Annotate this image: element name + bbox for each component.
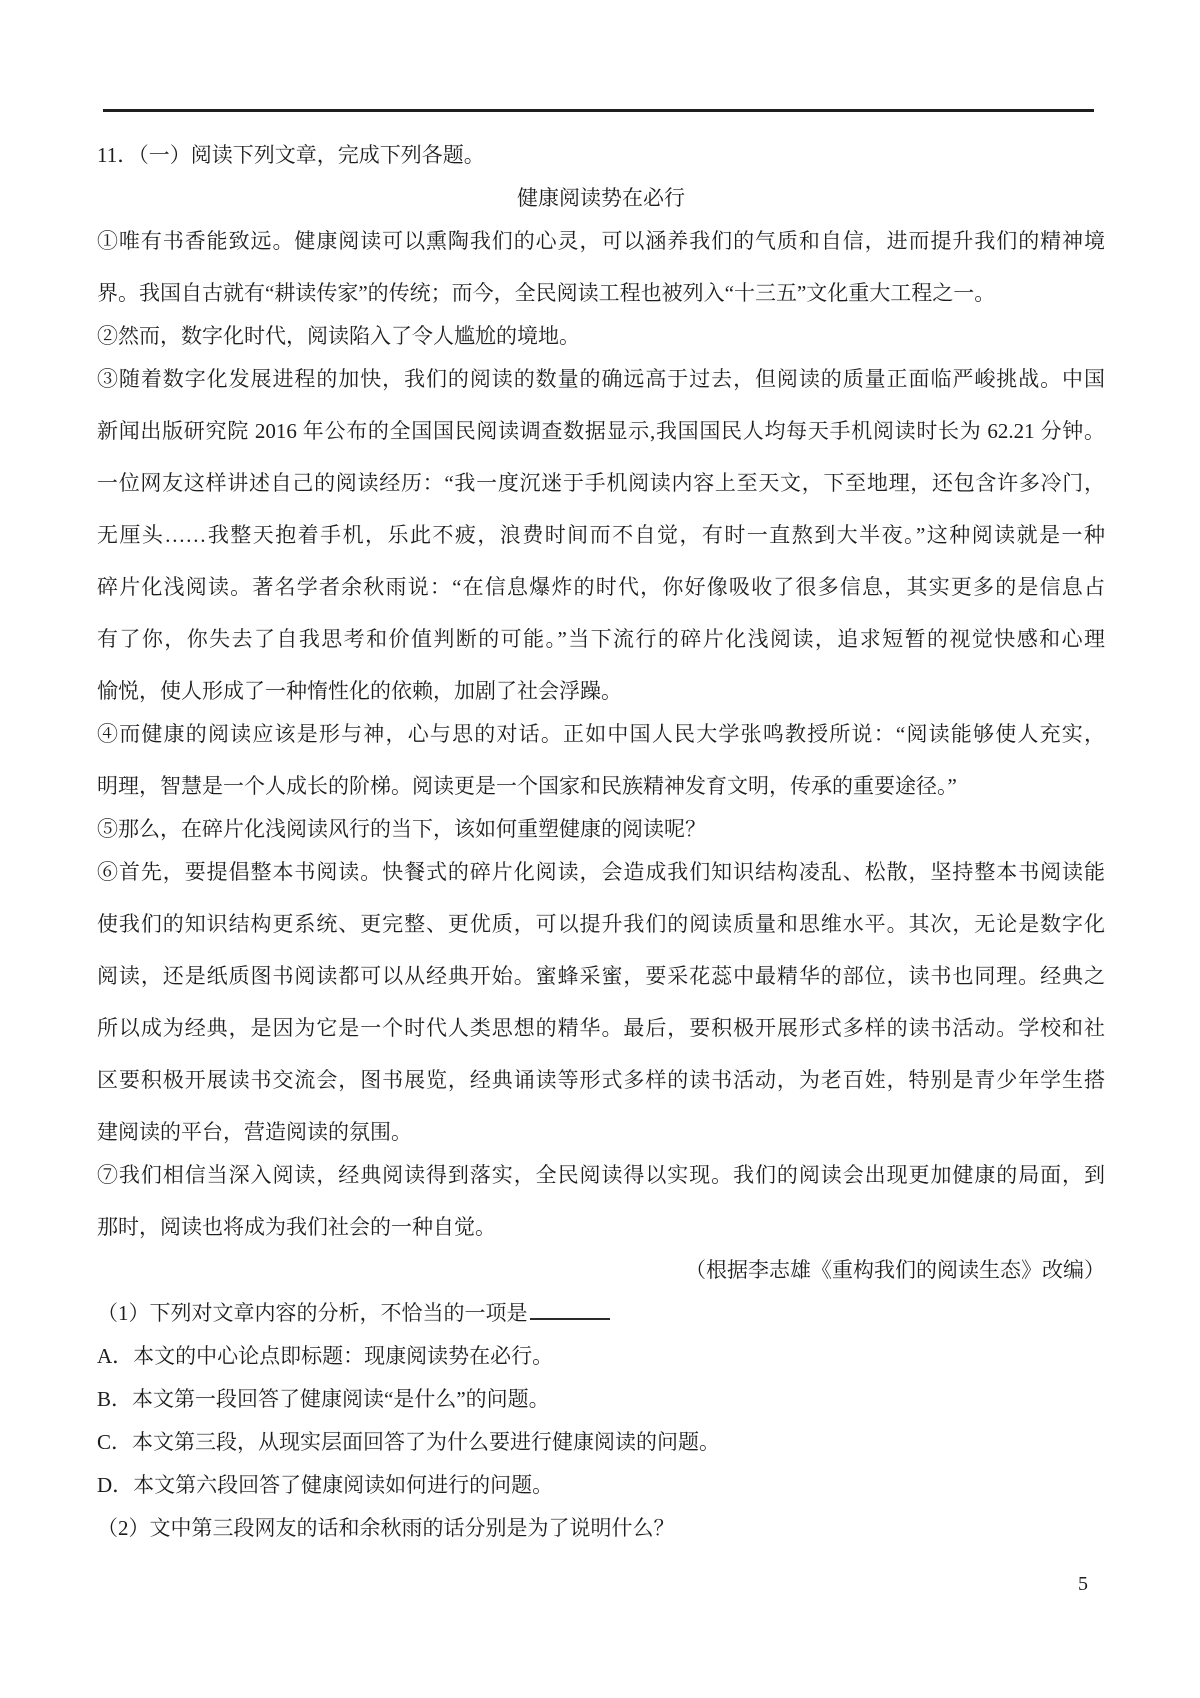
paragraph-line: ⑦我们相信当深入阅读，经典阅读得到落实，全民阅读得以实现。我们的阅读会出现更加健… xyxy=(97,1149,1105,1201)
paragraph-line: ④而健康的阅读应该是形与神，心与思的对话。正如中国人民大学张鸣教授所说：“阅读能… xyxy=(97,708,1105,760)
paragraph-line: 新闻出版研究院 2016 年公布的全国国民阅读调查数据显示,我国国民人均每天手机… xyxy=(97,405,1105,457)
paragraph-3: ③随着数字化发展进程的加快，我们的阅读的数量的确远高于过去，但阅读的质量正面临严… xyxy=(97,353,1105,717)
question-1-stem: （1）下列对文章内容的分析，不恰当的一项是 xyxy=(97,1301,528,1325)
paragraph-line: ①唯有书香能致远。健康阅读可以熏陶我们的心灵，可以涵养我们的气质和自信，进而提升… xyxy=(97,215,1105,267)
paragraph-line: 碎片化浅阅读。著名学者余秋雨说：“在信息爆炸的时代，你好像吸收了很多信息，其实更… xyxy=(97,561,1105,613)
paragraph-7: ⑦我们相信当深入阅读，经典阅读得到落实，全民阅读得以实现。我们的阅读会出现更加健… xyxy=(97,1149,1105,1253)
paragraph-line: 一位网友这样讲述自己的阅读经历：“我一度沉迷于手机阅读内容上至天文，下至地理，还… xyxy=(97,457,1105,509)
paragraph-line: ③随着数字化发展进程的加快，我们的阅读的数量的确远高于过去，但阅读的质量正面临严… xyxy=(97,353,1105,405)
paragraph-line: 所以成为经典，是因为它是一个时代人类思想的精华。最后，要积极开展形式多样的读书活… xyxy=(97,1002,1105,1054)
paragraph-line: 使我们的知识结构更系统、更完整、更优质，可以提升我们的阅读质量和思维水平。其次，… xyxy=(97,898,1105,950)
page-number: 5 xyxy=(1078,1572,1088,1596)
answer-blank xyxy=(530,1298,610,1320)
paragraph-line: 有了你，你失去了自我思考和价值判断的可能。”当下流行的碎片化浅阅读，追求短暂的视… xyxy=(97,613,1105,665)
paragraph-line: 无厘头……我整天抱着手机，乐此不疲，浪费时间而不自觉，有时一直熬到大半夜。”这种… xyxy=(97,509,1105,561)
paragraph-6: ⑥首先，要提倡整本书阅读。快餐式的碎片化阅读，会造成我们知识结构凌乱、松散，坚持… xyxy=(97,846,1105,1158)
question-2-stem: （2）文中第三段网友的话和余秋雨的话分别是为了说明什么？ xyxy=(97,1502,1105,1554)
paragraph-1: ①唯有书香能致远。健康阅读可以熏陶我们的心灵，可以涵养我们的气质和自信，进而提升… xyxy=(97,215,1105,319)
paragraph-line: 区要积极开展读书交流会，图书展览，经典诵读等形式多样的读书活动，为老百姓，特别是… xyxy=(97,1054,1105,1106)
page-content: 11．（一）阅读下列文章，完成下列各题。 健康阅读势在必行 ①唯有书香能致远。健… xyxy=(97,129,1105,1554)
paragraph-4: ④而健康的阅读应该是形与神，心与思的对话。正如中国人民大学张鸣教授所说：“阅读能… xyxy=(97,708,1105,812)
question-2: （2）文中第三段网友的话和余秋雨的话分别是为了说明什么？ xyxy=(97,1502,1105,1554)
paragraph-line: 阅读，还是纸质图书阅读都可以从经典开始。蜜蜂采蜜，要采花蕊中最精华的部位，读书也… xyxy=(97,950,1105,1002)
exam-page: 11．（一）阅读下列文章，完成下列各题。 健康阅读势在必行 ①唯有书香能致远。健… xyxy=(0,0,1200,1698)
header-rule xyxy=(103,109,1094,112)
paragraph-line: ⑥首先，要提倡整本书阅读。快餐式的碎片化阅读，会造成我们知识结构凌乱、松散，坚持… xyxy=(97,846,1105,898)
